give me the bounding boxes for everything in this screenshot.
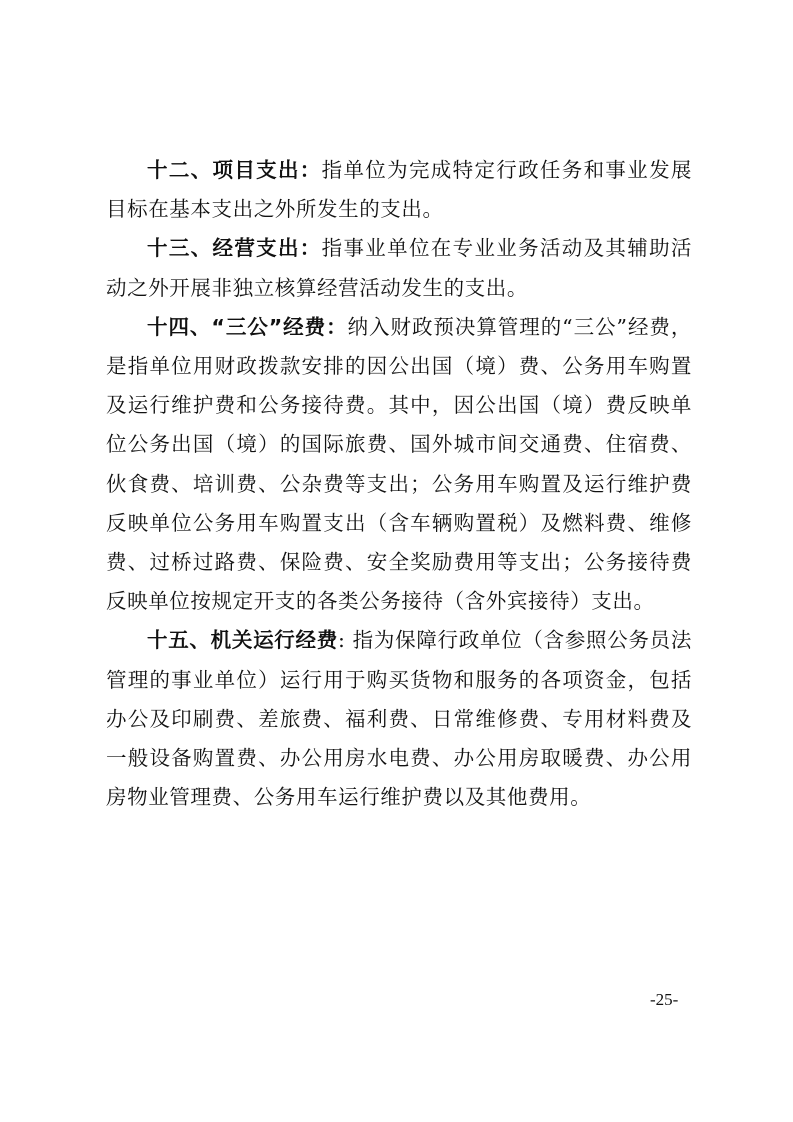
section-definition: : 指为保障行政单位（含参照公务员法管理的事业单位）运行用于购买货物和服务的各项… xyxy=(106,628,692,809)
section-project-expenditure: 十二、项目支出：指单位为完成特定行政任务和事业发展目标在基本支出之外所发生的支出… xyxy=(106,151,692,229)
section-agency-operating-expenses: 十五、机关运行经费: 指为保障行政单位（含参照公务员法管理的事业单位）运行用于购… xyxy=(106,621,692,817)
section-term: 十四、“三公”经费： xyxy=(147,315,348,339)
section-three-public-expenses: 十四、“三公”经费：纳入财政预决算管理的“三公”经费，是指单位用财政拨款安排的因… xyxy=(106,308,692,622)
document-body: 十二、项目支出：指单位为完成特定行政任务和事业发展目标在基本支出之外所发生的支出… xyxy=(106,151,692,817)
section-operating-expenditure: 十三、经营支出：指事业单位在专业业务活动及其辅助活动之外开展非独立核算经营活动发… xyxy=(106,229,692,307)
page-number: -25- xyxy=(650,990,678,1010)
section-definition: 纳入财政预决算管理的“三公”经费，是指单位用财政拨款安排的因公出国（境）费、公务… xyxy=(106,315,692,613)
section-term: 十三、经营支出： xyxy=(147,236,322,260)
section-term: 十二、项目支出： xyxy=(147,158,322,182)
section-term: 十五、机关运行经费 xyxy=(147,628,338,652)
